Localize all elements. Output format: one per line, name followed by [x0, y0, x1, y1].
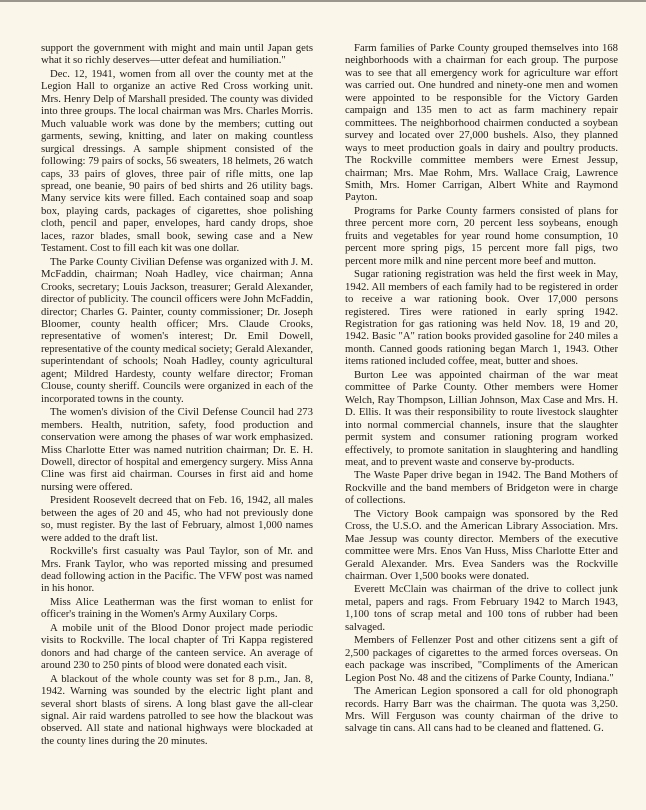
paragraph-civilian-defense: The Parke County Civilian Defense was or…	[41, 256, 313, 405]
paragraph-draft-registration: President Roosevelt decreed that on Feb.…	[41, 494, 313, 544]
page-top-edge	[0, 0, 646, 2]
paragraph-rationing: Sugar rationing registration was held th…	[345, 268, 618, 368]
paragraph-phonograph-records: The American Legion sponsored a call for…	[345, 685, 618, 735]
paragraph-blackout: A blackout of the whole county was set f…	[41, 673, 313, 748]
paragraph-cigarettes-gift: Members of Fellenzer Post and other citi…	[345, 634, 618, 684]
paragraph-waac-enlistment: Miss Alice Leatherman was the first woma…	[41, 596, 313, 621]
paragraph-waste-paper: The Waste Paper drive began in 1942. The…	[345, 469, 618, 506]
paragraph-red-cross: Dec. 12, 1941, women from all over the c…	[41, 68, 313, 255]
paragraph-junk-metal: Everett McClain was chairman of the driv…	[345, 583, 618, 633]
paragraph-first-casualty: Rockville's first casualty was Paul Tayl…	[41, 545, 313, 595]
paragraph-blood-donor: A mobile unit of the Blood Donor project…	[41, 622, 313, 672]
paragraph-victory-book: The Victory Book campaign was sponsored …	[345, 508, 618, 583]
paragraph-farm-families: Farm families of Parke County grouped th…	[345, 42, 618, 204]
paragraph-japan-quote: support the government with might and ma…	[41, 42, 313, 67]
paragraph-womens-division: The women's division of the Civil Defens…	[41, 406, 313, 493]
left-column: support the government with might and ma…	[41, 42, 313, 748]
paragraph-war-meat-committee: Burton Lee was appointed chairman of the…	[345, 369, 618, 469]
paragraph-farm-programs: Programs for Parke County farmers consis…	[345, 205, 618, 267]
right-column: Farm families of Parke County grouped th…	[345, 42, 618, 736]
